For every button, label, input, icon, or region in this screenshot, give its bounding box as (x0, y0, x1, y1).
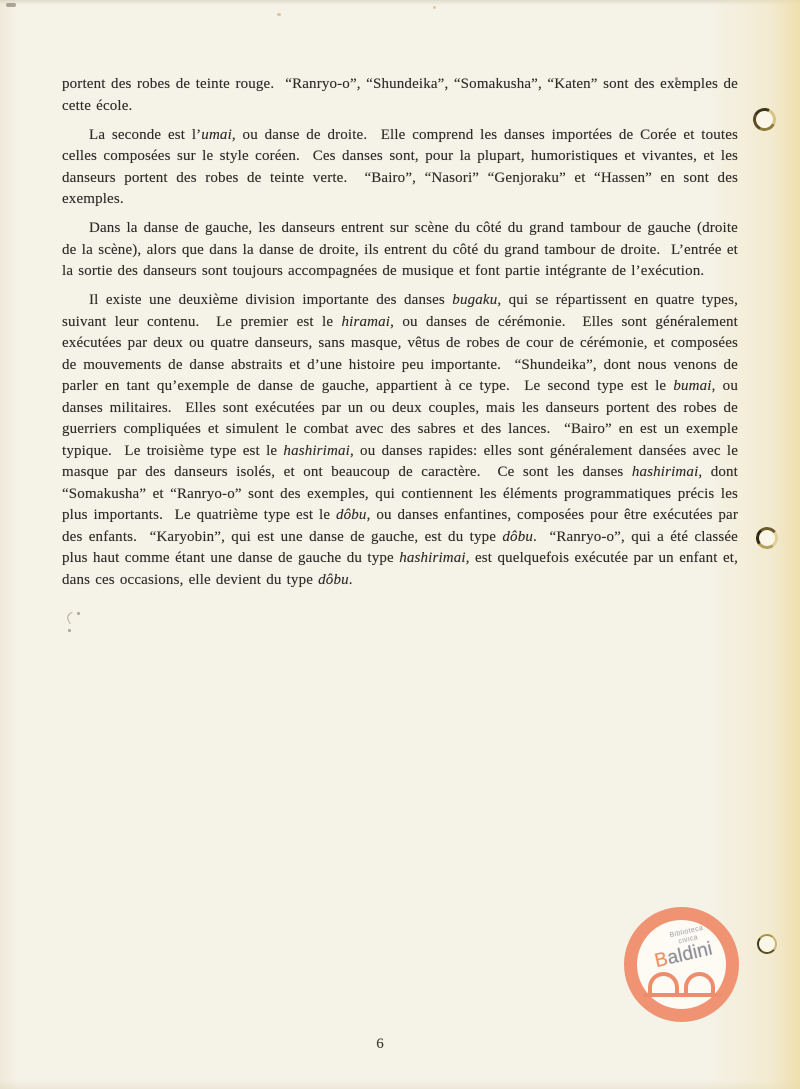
italic-term: dôbu (318, 572, 349, 588)
book-arch-right (684, 972, 715, 993)
italic-term: umai (201, 127, 232, 143)
scan-speck (277, 13, 281, 16)
paragraph: portent des robes de teinte rouge. “Ranr… (62, 74, 738, 117)
open-book-icon (643, 970, 721, 997)
pencil-mark (65, 611, 83, 637)
italic-term: bumai (673, 378, 711, 394)
text-run: La seconde est l’ (89, 127, 201, 143)
library-stamp-text: Biblioteca civica Baldini (635, 921, 729, 976)
book-base (643, 993, 721, 998)
hole-punch-bottom (756, 933, 778, 955)
text-run: portent des robes de teinte rouge. “Ranr… (62, 76, 738, 114)
text-run: . (349, 572, 353, 588)
body-text: portent des robes de teinte rouge. “Ranr… (62, 74, 738, 599)
scan-speck (433, 6, 436, 9)
pencil-mark-dot (77, 612, 80, 615)
italic-term: bugaku (452, 292, 497, 308)
italic-term: hashirimai (283, 443, 350, 459)
paragraph: La seconde est l’umai, ou danse de droit… (62, 125, 738, 211)
scan-edge-artifact (6, 3, 16, 7)
italic-term: hashirimai (399, 550, 466, 566)
book-arch-left (648, 972, 679, 993)
italic-term: dôbu (336, 507, 367, 523)
paragraph: Dans la danse de gauche, les danseurs en… (62, 218, 738, 283)
library-stamp: Biblioteca civica Baldini (624, 907, 739, 1022)
italic-term: hashirimai (632, 464, 699, 480)
italic-term: hiramai (342, 314, 391, 330)
hole-punch-top (750, 105, 779, 134)
paragraph: Il existe une deuxième division importan… (62, 290, 738, 591)
library-stamp-inner: Biblioteca civica Baldini (638, 930, 726, 997)
text-run: Il existe une deuxième division importan… (89, 292, 452, 308)
page-number: 6 (364, 1036, 396, 1053)
text-run: Dans la danse de gauche, les danseurs en… (62, 220, 738, 279)
scanned-page: portent des robes de teinte rouge. “Ranr… (0, 0, 800, 1089)
hole-punch-middle (755, 526, 780, 551)
pencil-mark-dot (68, 629, 71, 632)
pencil-mark-stroke (65, 612, 77, 625)
italic-term: dôbu (502, 529, 533, 545)
